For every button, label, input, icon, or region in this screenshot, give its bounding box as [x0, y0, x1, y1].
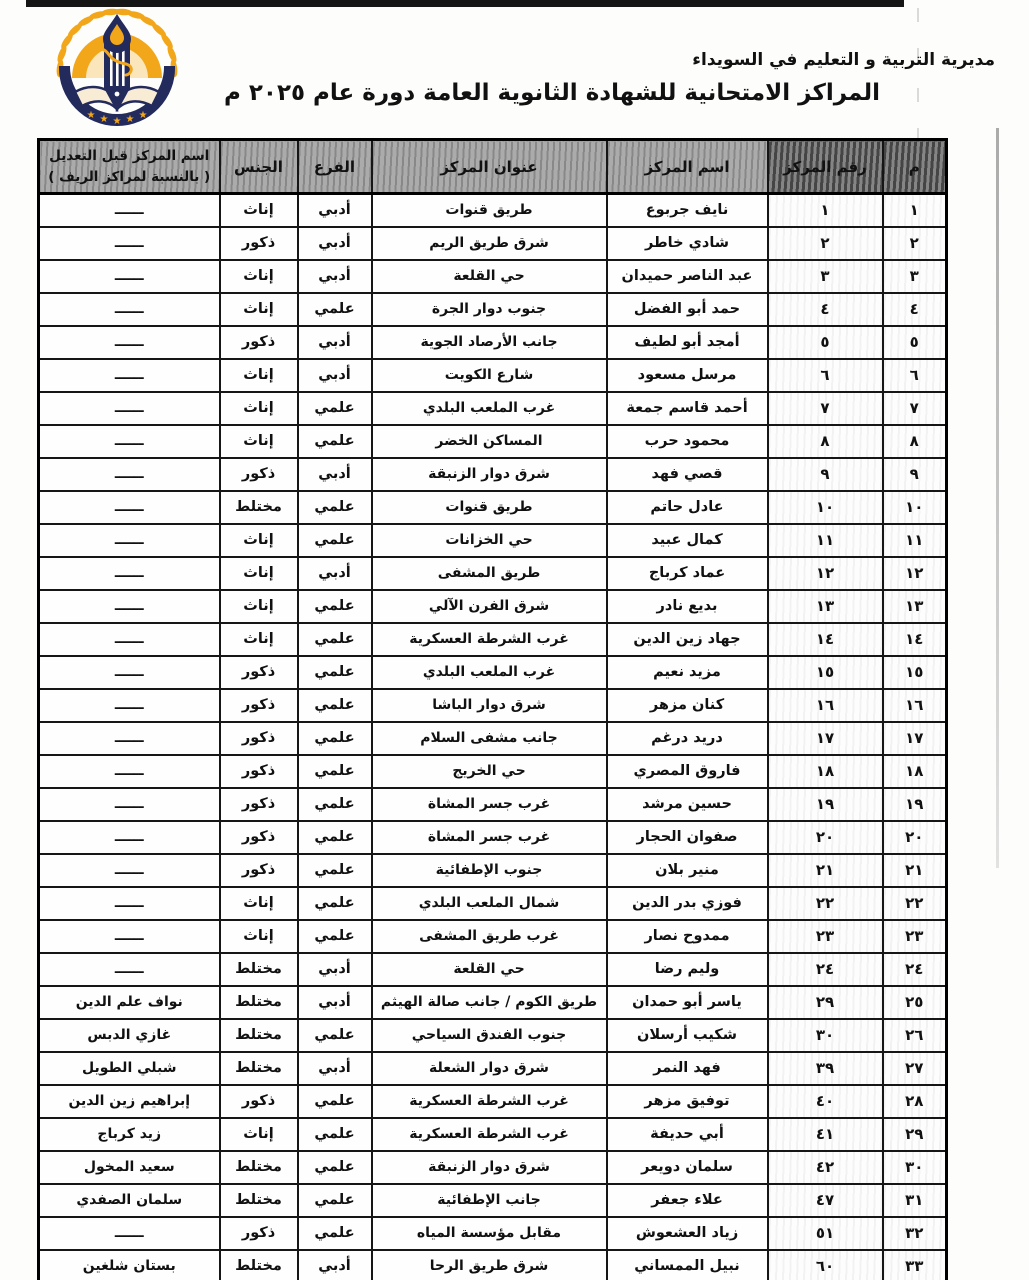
table-cell: مزيد نعيم: [607, 656, 768, 689]
table-cell: سلمان الصفدي: [39, 1184, 220, 1217]
table-cell: ــــــ: [39, 260, 220, 293]
table-row: ٢٥٢٩ياسر أبو حمدانطريق الكوم / جانب صالة…: [39, 986, 947, 1019]
table-cell: ذكور: [220, 854, 298, 887]
table-cell: علمي: [298, 392, 372, 425]
table-cell: شرق دوار الباشا: [372, 689, 607, 722]
table-row: ٣٢٥١زياد العشعوشمقابل مؤسسة المياهعلميذك…: [39, 1217, 947, 1250]
table-row: ١١نايف جربوعطريق قنواتأدبيإناثــــــ: [39, 194, 947, 227]
table-cell: ٤١: [768, 1118, 883, 1151]
table-cell: ٢٤: [883, 953, 947, 986]
table-cell: ١٩: [883, 788, 947, 821]
table-cell: غرب الشرطة العسكرية: [372, 1118, 607, 1151]
table-cell: جانب الأرصاد الجوية: [372, 326, 607, 359]
table-cell: علمي: [298, 656, 372, 689]
table-cell: ٢٦: [883, 1019, 947, 1052]
table-cell: ــــــ: [39, 359, 220, 392]
svg-text:★: ★: [139, 110, 148, 121]
table-cell: نايف جربوع: [607, 194, 768, 227]
table-cell: ٥١: [768, 1217, 883, 1250]
table-cell: غرب جسر المشاة: [372, 788, 607, 821]
table-cell: ــــــ: [39, 689, 220, 722]
table-cell: شكيب أرسلان: [607, 1019, 768, 1052]
table-cell: ــــــ: [39, 227, 220, 260]
table-cell: زياد العشعوش: [607, 1217, 768, 1250]
table-cell: ٢٤: [768, 953, 883, 986]
table-cell: شرق دوار الزنبقة: [372, 458, 607, 491]
table-cell: ١٨: [768, 755, 883, 788]
centers-table-body: ١١نايف جربوعطريق قنواتأدبيإناثــــــ٢٢شا…: [39, 194, 947, 1280]
table-cell: سعيد المخول: [39, 1151, 220, 1184]
table-cell: ٣١: [883, 1184, 947, 1217]
table-cell: ذكور: [220, 458, 298, 491]
table-cell: ٢٥: [883, 986, 947, 1019]
table-row: ٢٩٤١أبي حديفةغرب الشرطة العسكريةعلميإناث…: [39, 1118, 947, 1151]
table-row: ٢٨٤٠توفيق مزهرغرب الشرطة العسكريةعلميذكو…: [39, 1085, 947, 1118]
table-cell: شرق دوار الشعلة: [372, 1052, 607, 1085]
table-cell: ــــــ: [39, 293, 220, 326]
table-cell: ــــــ: [39, 458, 220, 491]
table-cell: ٤٢: [768, 1151, 883, 1184]
header-center-number: رقم المركز: [768, 140, 883, 194]
table-cell: ٢: [883, 227, 947, 260]
table-row: ٢٢شادي خاطرشرق طريق الريمأدبيذكورــــــ: [39, 227, 947, 260]
table-cell: طريق قنوات: [372, 491, 607, 524]
table-cell: حي القلعة: [372, 953, 607, 986]
header-center-address: عنوان المركز: [372, 140, 607, 194]
table-cell: ١٢: [883, 557, 947, 590]
table-cell: ــــــ: [39, 788, 220, 821]
table-cell: إناث: [220, 260, 298, 293]
table-row: ٢٠٢٠صفوان الحجارغرب جسر المشاةعلميذكورــ…: [39, 821, 947, 854]
table-cell: إناث: [220, 920, 298, 953]
table-cell: ٢٧: [883, 1052, 947, 1085]
table-row: ١١١١كمال عبيدحي الخزاناتعلميإناثــــــ: [39, 524, 947, 557]
table-cell: منير بلان: [607, 854, 768, 887]
table-row: ٣٣٦٠نبيل الممسانيشرق طريق الرحاأدبيمختلط…: [39, 1250, 947, 1280]
table-cell: ــــــ: [39, 491, 220, 524]
table-cell: ٤٠: [768, 1085, 883, 1118]
table-cell: علمي: [298, 524, 372, 557]
table-cell: علمي: [298, 689, 372, 722]
table-cell: ٢٢: [768, 887, 883, 920]
table-row: ٢٧٣٩فهد النمرشرق دوار الشعلةأدبيمختلطشبل…: [39, 1052, 947, 1085]
table-cell: ٢١: [883, 854, 947, 887]
scanned-document-page: { "page": { "org_line": "مديرية التربية …: [0, 0, 1029, 1280]
table-row: ١٨١٨فاروق المصريحي الخريجعلميذكورــــــ: [39, 755, 947, 788]
table-cell: ٦٠: [768, 1250, 883, 1280]
table-cell: جهاد زين الدين: [607, 623, 768, 656]
table-cell: ٣٠: [768, 1019, 883, 1052]
table-cell: ١١: [768, 524, 883, 557]
table-cell: أدبي: [298, 557, 372, 590]
table-cell: ١٧: [768, 722, 883, 755]
table-cell: غرب طريق المشفى: [372, 920, 607, 953]
table-cell: ١٦: [768, 689, 883, 722]
table-row: ٢٣٢٣ممدوح نصارغرب طريق المشفىعلميإناثـــ…: [39, 920, 947, 953]
table-cell: صفوان الحجار: [607, 821, 768, 854]
table-cell: مختلط: [220, 1184, 298, 1217]
table-cell: إناث: [220, 1118, 298, 1151]
table-row: ٢٦٣٠شكيب أرسلانجنوب الفندق السياحيعلميمخ…: [39, 1019, 947, 1052]
table-cell: ذكور: [220, 1217, 298, 1250]
table-cell: ٢٩: [768, 986, 883, 1019]
table-cell: ١٠: [883, 491, 947, 524]
table-cell: ذكور: [220, 689, 298, 722]
table-cell: ١٥: [768, 656, 883, 689]
table-cell: حي القلعة: [372, 260, 607, 293]
table-cell: ١٣: [768, 590, 883, 623]
table-cell: ٢: [768, 227, 883, 260]
table-cell: ٧: [883, 392, 947, 425]
table-cell: ــــــ: [39, 1217, 220, 1250]
table-cell: ــــــ: [39, 557, 220, 590]
table-cell: إناث: [220, 194, 298, 227]
table-cell: علمي: [298, 1085, 372, 1118]
table-cell: علمي: [298, 1184, 372, 1217]
table-cell: دريد درغم: [607, 722, 768, 755]
table-cell: ــــــ: [39, 590, 220, 623]
table-cell: جانب الإطفائية: [372, 1184, 607, 1217]
table-cell: ٥: [883, 326, 947, 359]
table-row: ٥٥أمجد أبو لطيفجانب الأرصاد الجويةأدبيذك…: [39, 326, 947, 359]
table-cell: جنوب الإطفائية: [372, 854, 607, 887]
organization-line: مديرية التربية و التعليم في السويداء: [692, 50, 995, 70]
table-cell: علمي: [298, 1019, 372, 1052]
table-cell: علمي: [298, 920, 372, 953]
table-cell: علمي: [298, 821, 372, 854]
table-row: ١٢١٢عماد كرباجطريق المشفىأدبيإناثــــــ: [39, 557, 947, 590]
table-cell: أدبي: [298, 194, 372, 227]
table-cell: إناث: [220, 524, 298, 557]
table-row: ٩٩قصي فهدشرق دوار الزنبقةأدبيذكورــــــ: [39, 458, 947, 491]
table-cell: بستان شلغين: [39, 1250, 220, 1280]
table-cell: ــــــ: [39, 656, 220, 689]
table-cell: أدبي: [298, 326, 372, 359]
table-header-row: م رقم المركز اسم المركز عنوان المركز الف…: [39, 140, 947, 194]
table-cell: ــــــ: [39, 623, 220, 656]
table-cell: ٢٣: [768, 920, 883, 953]
table-cell: ١٦: [883, 689, 947, 722]
table-cell: ذكور: [220, 821, 298, 854]
table-cell: إناث: [220, 359, 298, 392]
table-cell: ٢٠: [768, 821, 883, 854]
table-cell: أدبي: [298, 1250, 372, 1280]
directorate-of-education-emblem-icon: ★ ★ ★ ★ ★: [42, 6, 192, 130]
table-cell: ٩: [768, 458, 883, 491]
table-cell: مختلط: [220, 953, 298, 986]
table-cell: ــــــ: [39, 524, 220, 557]
table-cell: ١٤: [768, 623, 883, 656]
table-cell: جنوب دوار الجرة: [372, 293, 607, 326]
table-cell: ــــــ: [39, 392, 220, 425]
table-cell: جانب مشفى السلام: [372, 722, 607, 755]
table-cell: شرق الفرن الآلي: [372, 590, 607, 623]
centers-table: م رقم المركز اسم المركز عنوان المركز الف…: [37, 138, 948, 1280]
table-cell: ٢٣: [883, 920, 947, 953]
table-cell: أحمد قاسم جمعة: [607, 392, 768, 425]
table-cell: علمي: [298, 755, 372, 788]
table-cell: طريق قنوات: [372, 194, 607, 227]
table-cell: ــــــ: [39, 920, 220, 953]
table-cell: ١٢: [768, 557, 883, 590]
table-cell: مختلط: [220, 1052, 298, 1085]
table-cell: ١٣: [883, 590, 947, 623]
table-cell: أبي حديفة: [607, 1118, 768, 1151]
table-cell: مختلط: [220, 986, 298, 1019]
table-row: ٨٨محمود حربالمساكن الخضرعلميإناثــــــ: [39, 425, 947, 458]
header-center-name: اسم المركز: [607, 140, 768, 194]
table-cell: علمي: [298, 854, 372, 887]
table-cell: فهد النمر: [607, 1052, 768, 1085]
centers-table-wrap: م رقم المركز اسم المركز عنوان المركز الف…: [37, 138, 945, 1280]
table-cell: ــــــ: [39, 821, 220, 854]
table-cell: ذكور: [220, 227, 298, 260]
table-cell: غرب جسر المشاة: [372, 821, 607, 854]
table-cell: ــــــ: [39, 854, 220, 887]
table-cell: شرق دوار الزنبقة: [372, 1151, 607, 1184]
table-cell: زيد كرباج: [39, 1118, 220, 1151]
table-cell: ٥: [768, 326, 883, 359]
table-cell: شبلي الطويل: [39, 1052, 220, 1085]
table-cell: علمي: [298, 425, 372, 458]
table-cell: مختلط: [220, 1019, 298, 1052]
table-cell: إناث: [220, 623, 298, 656]
svg-text:★: ★: [100, 114, 109, 125]
table-cell: ٢٩: [883, 1118, 947, 1151]
table-cell: أمجد أبو لطيف: [607, 326, 768, 359]
table-cell: غازي الدبس: [39, 1019, 220, 1052]
table-cell: ٤٧: [768, 1184, 883, 1217]
table-cell: نبيل الممساني: [607, 1250, 768, 1280]
table-cell: مختلط: [220, 1250, 298, 1280]
scan-artifact-right-line: [996, 128, 999, 868]
table-cell: ذكور: [220, 326, 298, 359]
table-cell: كنان مزهر: [607, 689, 768, 722]
table-cell: ٢٨: [883, 1085, 947, 1118]
table-cell: حي الخريج: [372, 755, 607, 788]
table-cell: ٨: [768, 425, 883, 458]
table-cell: ــــــ: [39, 326, 220, 359]
table-row: ٢٢٢٢فوزي بدر الدينشمال الملعب البلديعلمي…: [39, 887, 947, 920]
table-cell: علمي: [298, 1118, 372, 1151]
table-cell: ــــــ: [39, 887, 220, 920]
table-cell: أدبي: [298, 986, 372, 1019]
table-cell: ياسر أبو حمدان: [607, 986, 768, 1019]
table-cell: قصي فهد: [607, 458, 768, 491]
table-cell: شرق طريق الريم: [372, 227, 607, 260]
table-cell: ١١: [883, 524, 947, 557]
table-cell: شمال الملعب البلدي: [372, 887, 607, 920]
table-cell: ٢٢: [883, 887, 947, 920]
table-cell: أدبي: [298, 953, 372, 986]
table-cell: ــــــ: [39, 425, 220, 458]
table-cell: علمي: [298, 491, 372, 524]
table-cell: عبد الناصر حميدان: [607, 260, 768, 293]
table-cell: ٤: [883, 293, 947, 326]
table-cell: مختلط: [220, 1151, 298, 1184]
table-row: ١٤١٤جهاد زين الدينغرب الشرطة العسكريةعلم…: [39, 623, 947, 656]
table-cell: ذكور: [220, 788, 298, 821]
table-cell: أدبي: [298, 260, 372, 293]
table-cell: ١٧: [883, 722, 947, 755]
table-cell: علمي: [298, 1217, 372, 1250]
table-cell: فوزي بدر الدين: [607, 887, 768, 920]
table-row: ١٠١٠عادل حاتمطريق قنواتعلميمختلطــــــ: [39, 491, 947, 524]
table-cell: ١: [883, 194, 947, 227]
table-cell: بديع نادر: [607, 590, 768, 623]
table-cell: ٣٠: [883, 1151, 947, 1184]
table-cell: طريق المشفى: [372, 557, 607, 590]
table-cell: ٣٣: [883, 1250, 947, 1280]
table-cell: ٩: [883, 458, 947, 491]
table-cell: وليم رضا: [607, 953, 768, 986]
table-cell: أدبي: [298, 227, 372, 260]
table-row: ٧٧أحمد قاسم جمعةغرب الملعب البلديعلميإنا…: [39, 392, 947, 425]
table-cell: مرسل مسعود: [607, 359, 768, 392]
header-previous-name: اسم المركز قبل التعديل ( بالنسبة لمراكز …: [39, 140, 220, 194]
table-cell: أدبي: [298, 1052, 372, 1085]
table-cell: عادل حاتم: [607, 491, 768, 524]
table-row: ٢٤٢٤وليم رضاحي القلعةأدبيمختلطــــــ: [39, 953, 947, 986]
table-cell: إبراهيم زين الدين: [39, 1085, 220, 1118]
table-cell: ٦: [883, 359, 947, 392]
table-cell: مقابل مؤسسة المياه: [372, 1217, 607, 1250]
emblem-svg: ★ ★ ★ ★ ★: [42, 6, 192, 130]
table-cell: ممدوح نصار: [607, 920, 768, 953]
table-cell: علمي: [298, 788, 372, 821]
table-row: ١٩١٩حسين مرشدغرب جسر المشاةعلميذكورـــــ…: [39, 788, 947, 821]
table-cell: كمال عبيد: [607, 524, 768, 557]
table-row: ١٣١٣بديع نادرشرق الفرن الآليعلميإناثــــ…: [39, 590, 947, 623]
table-row: ٤٤حمد أبو الفضلجنوب دوار الجرةعلميإناثــ…: [39, 293, 947, 326]
table-cell: ١٠: [768, 491, 883, 524]
table-row: ١٥١٥مزيد نعيمغرب الملعب البلديعلميذكورــ…: [39, 656, 947, 689]
table-cell: إناث: [220, 590, 298, 623]
table-cell: ٦: [768, 359, 883, 392]
table-cell: ذكور: [220, 722, 298, 755]
table-cell: حسين مرشد: [607, 788, 768, 821]
table-cell: ٢١: [768, 854, 883, 887]
table-cell: المساكن الخضر: [372, 425, 607, 458]
table-cell: إناث: [220, 887, 298, 920]
header-branch: الفرع: [298, 140, 372, 194]
table-cell: ٣: [768, 260, 883, 293]
table-cell: شرق طريق الرحا: [372, 1250, 607, 1280]
table-cell: علمي: [298, 590, 372, 623]
table-cell: ــــــ: [39, 953, 220, 986]
table-cell: إناث: [220, 557, 298, 590]
table-row: ٣١٤٧علاء جعفرجانب الإطفائيةعلميمختلطسلما…: [39, 1184, 947, 1217]
table-cell: غرب الشرطة العسكرية: [372, 1085, 607, 1118]
table-cell: فاروق المصري: [607, 755, 768, 788]
table-cell: ١٥: [883, 656, 947, 689]
table-cell: ٨: [883, 425, 947, 458]
table-cell: حي الخزانات: [372, 524, 607, 557]
table-cell: ــــــ: [39, 194, 220, 227]
table-cell: ١٩: [768, 788, 883, 821]
table-cell: ذكور: [220, 656, 298, 689]
table-cell: علمي: [298, 623, 372, 656]
table-cell: ــــــ: [39, 755, 220, 788]
table-row: ٣٣عبد الناصر حميدانحي القلعةأدبيإناثــــ…: [39, 260, 947, 293]
table-cell: إناث: [220, 425, 298, 458]
table-row: ١٦١٦كنان مزهرشرق دوار الباشاعلميذكورــــ…: [39, 689, 947, 722]
svg-text:★: ★: [126, 114, 135, 125]
table-cell: ٣٩: [768, 1052, 883, 1085]
table-cell: شارع الكويت: [372, 359, 607, 392]
table-cell: ٢٠: [883, 821, 947, 854]
table-cell: ١٨: [883, 755, 947, 788]
page-title: المراكز الامتحانية للشهادة الثانوية العا…: [224, 80, 880, 106]
table-cell: ٧: [768, 392, 883, 425]
table-row: ٣٠٤٢سلمان دويعرشرق دوار الزنبقةعلميمختلط…: [39, 1151, 947, 1184]
table-cell: مختلط: [220, 491, 298, 524]
table-cell: علاء جعفر: [607, 1184, 768, 1217]
table-cell: توفيق مزهر: [607, 1085, 768, 1118]
svg-text:★: ★: [113, 116, 122, 127]
table-cell: حمد أبو الفضل: [607, 293, 768, 326]
svg-text:★: ★: [87, 110, 96, 121]
table-cell: علمي: [298, 293, 372, 326]
table-cell: غرب الملعب البلدي: [372, 656, 607, 689]
table-row: ٢١٢١منير بلانجنوب الإطفائيةعلميذكورـــــ…: [39, 854, 947, 887]
table-header: م رقم المركز اسم المركز عنوان المركز الف…: [39, 140, 947, 194]
table-cell: سلمان دويعر: [607, 1151, 768, 1184]
table-cell: جنوب الفندق السياحي: [372, 1019, 607, 1052]
table-cell: ذكور: [220, 755, 298, 788]
header-index: م: [883, 140, 947, 194]
table-cell: أدبي: [298, 458, 372, 491]
table-cell: عماد كرباج: [607, 557, 768, 590]
table-cell: ١٤: [883, 623, 947, 656]
table-cell: محمود حرب: [607, 425, 768, 458]
header-gender: الجنس: [220, 140, 298, 194]
table-cell: ٤: [768, 293, 883, 326]
table-cell: غرب الملعب البلدي: [372, 392, 607, 425]
table-cell: علمي: [298, 722, 372, 755]
table-cell: علمي: [298, 1151, 372, 1184]
table-cell: طريق الكوم / جانب صالة الهيثم: [372, 986, 607, 1019]
table-cell: ــــــ: [39, 722, 220, 755]
table-cell: ١: [768, 194, 883, 227]
table-cell: ٣: [883, 260, 947, 293]
table-cell: شادي خاطر: [607, 227, 768, 260]
table-cell: إناث: [220, 293, 298, 326]
table-cell: غرب الشرطة العسكرية: [372, 623, 607, 656]
table-row: ٦٦مرسل مسعودشارع الكويتأدبيإناثــــــ: [39, 359, 947, 392]
table-row: ١٧١٧دريد درغمجانب مشفى السلامعلميذكورـــ…: [39, 722, 947, 755]
table-cell: ٣٢: [883, 1217, 947, 1250]
table-cell: إناث: [220, 392, 298, 425]
table-cell: نواف علم الدين: [39, 986, 220, 1019]
table-cell: علمي: [298, 887, 372, 920]
table-cell: ذكور: [220, 1085, 298, 1118]
table-cell: أدبي: [298, 359, 372, 392]
